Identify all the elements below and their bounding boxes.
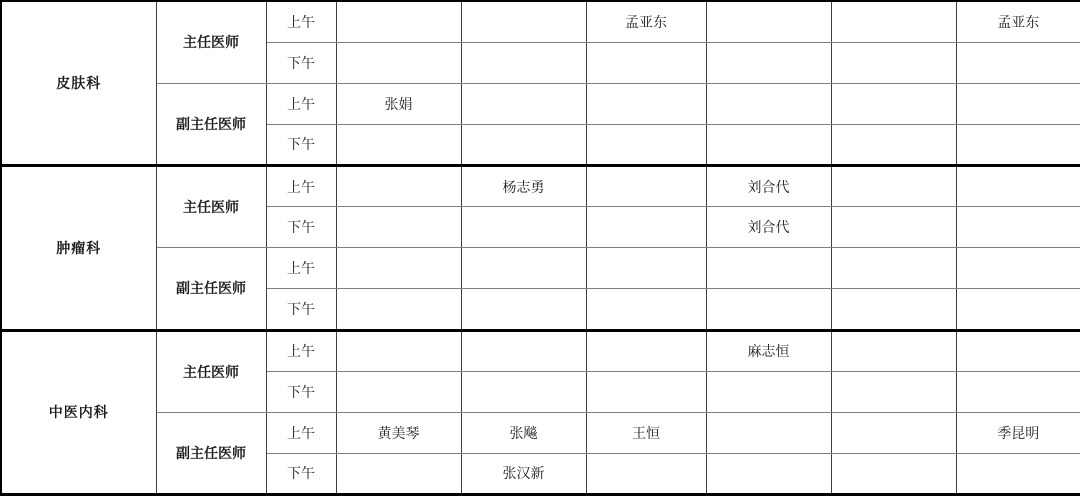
schedule-cell (706, 1, 831, 42)
schedule-cell (336, 42, 461, 83)
time-cell: 下午 (266, 289, 336, 330)
title-cell: 副主任医师 (156, 83, 266, 165)
schedule-cell (831, 453, 956, 494)
title-cell: 副主任医师 (156, 248, 266, 330)
schedule-cell: 黄美琴 (336, 412, 461, 453)
schedule-cell: 张汉新 (461, 453, 586, 494)
schedule-cell (831, 248, 956, 289)
schedule-cell: 麻志恒 (706, 330, 831, 371)
time-cell: 上午 (266, 166, 336, 207)
title-cell: 主任医师 (156, 166, 266, 248)
department-section-dermatology: 皮肤科 主任医师 上午 孟亚东 孟亚东 下午 副主任医师 (1, 1, 1080, 166)
schedule-cell (336, 453, 461, 494)
schedule-cell (956, 330, 1080, 371)
schedule-cell (706, 42, 831, 83)
schedule-table: 皮肤科 主任医师 上午 孟亚东 孟亚东 下午 副主任医师 (0, 0, 1080, 496)
schedule-cell: 季昆明 (956, 412, 1080, 453)
title-cell: 副主任医师 (156, 412, 266, 494)
doctor-schedule: 皮肤科 主任医师 上午 孟亚东 孟亚东 下午 副主任医师 (0, 0, 1080, 496)
time-cell: 下午 (266, 124, 336, 165)
schedule-cell (706, 289, 831, 330)
schedule-cell (336, 289, 461, 330)
schedule-cell (461, 83, 586, 124)
department-section-oncology: 肿瘤科 主任医师 上午 杨志勇 刘合代 下午 刘合代 副主任医师 (1, 166, 1080, 331)
time-cell: 下午 (266, 207, 336, 248)
schedule-cell (586, 83, 706, 124)
schedule-cell (586, 248, 706, 289)
schedule-cell (461, 207, 586, 248)
schedule-cell (831, 289, 956, 330)
schedule-cell (336, 124, 461, 165)
schedule-cell (336, 330, 461, 371)
schedule-cell (461, 289, 586, 330)
schedule-cell: 张飚 (461, 412, 586, 453)
schedule-cell (706, 83, 831, 124)
schedule-cell (956, 248, 1080, 289)
schedule-cell (461, 124, 586, 165)
schedule-cell (831, 412, 956, 453)
time-cell: 上午 (266, 248, 336, 289)
schedule-cell: 孟亚东 (586, 1, 706, 42)
time-cell: 下午 (266, 371, 336, 412)
time-cell: 下午 (266, 453, 336, 494)
schedule-cell (706, 124, 831, 165)
schedule-cell (336, 248, 461, 289)
schedule-cell (461, 371, 586, 412)
schedule-cell (461, 248, 586, 289)
department-section-tcm-internal: 中医内科 主任医师 上午 麻志恒 下午 副主任医师 (1, 330, 1080, 495)
schedule-cell: 刘合代 (706, 207, 831, 248)
schedule-cell (831, 124, 956, 165)
schedule-cell (831, 83, 956, 124)
department-cell: 皮肤科 (1, 1, 156, 166)
schedule-cell (586, 453, 706, 494)
schedule-cell (336, 371, 461, 412)
time-cell: 上午 (266, 83, 336, 124)
schedule-cell (586, 289, 706, 330)
schedule-cell (956, 166, 1080, 207)
schedule-cell (831, 207, 956, 248)
schedule-cell (831, 330, 956, 371)
schedule-cell (831, 371, 956, 412)
time-cell: 上午 (266, 1, 336, 42)
schedule-cell (831, 42, 956, 83)
schedule-cell (586, 207, 706, 248)
schedule-cell (336, 1, 461, 42)
schedule-cell (956, 453, 1080, 494)
schedule-cell (956, 371, 1080, 412)
schedule-cell (956, 42, 1080, 83)
time-cell: 上午 (266, 412, 336, 453)
time-cell: 下午 (266, 42, 336, 83)
time-cell: 上午 (266, 330, 336, 371)
schedule-cell: 张娟 (336, 83, 461, 124)
schedule-cell (336, 166, 461, 207)
schedule-cell: 孟亚东 (956, 1, 1080, 42)
schedule-cell (461, 330, 586, 371)
schedule-cell: 王恒 (586, 412, 706, 453)
department-cell: 肿瘤科 (1, 166, 156, 331)
schedule-cell (956, 289, 1080, 330)
schedule-cell (461, 1, 586, 42)
schedule-cell (956, 207, 1080, 248)
schedule-cell (831, 1, 956, 42)
schedule-cell (706, 371, 831, 412)
schedule-cell: 杨志勇 (461, 166, 586, 207)
title-cell: 主任医师 (156, 330, 266, 412)
title-cell: 主任医师 (156, 1, 266, 83)
schedule-cell (461, 42, 586, 83)
schedule-cell (586, 371, 706, 412)
schedule-cell (586, 42, 706, 83)
schedule-cell (586, 166, 706, 207)
schedule-cell (706, 412, 831, 453)
schedule-cell (956, 83, 1080, 124)
schedule-cell (586, 330, 706, 371)
schedule-cell (831, 166, 956, 207)
schedule-cell (956, 124, 1080, 165)
schedule-cell (586, 124, 706, 165)
schedule-cell (336, 207, 461, 248)
schedule-cell: 刘合代 (706, 166, 831, 207)
schedule-cell (706, 248, 831, 289)
department-cell: 中医内科 (1, 330, 156, 495)
schedule-cell (706, 453, 831, 494)
